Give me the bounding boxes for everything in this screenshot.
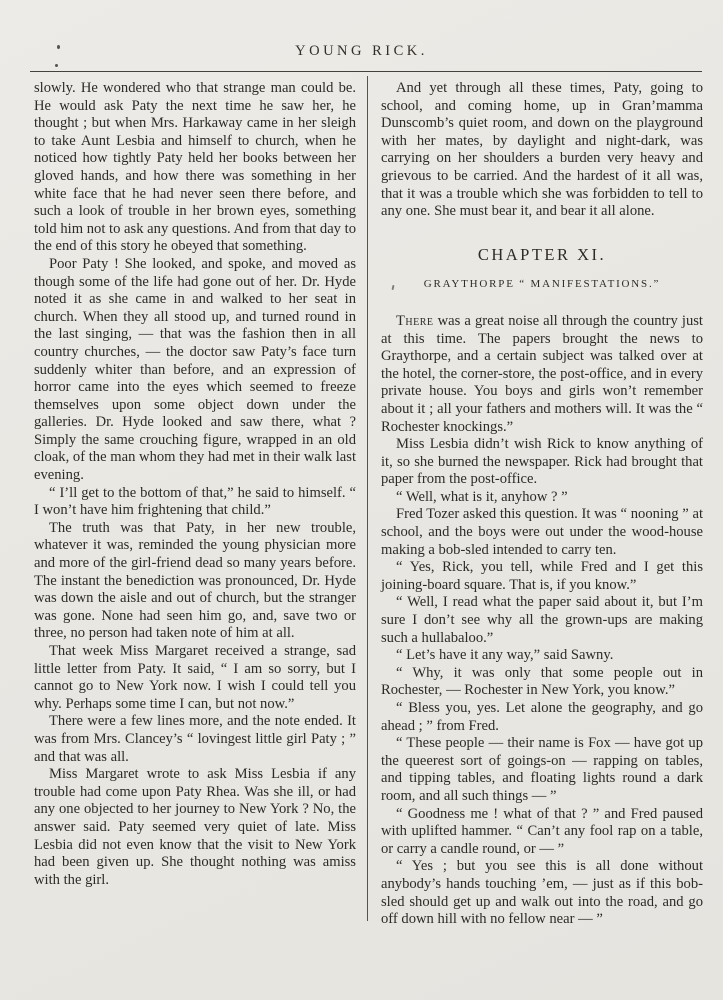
paragraph: The truth was that Paty, in her new trou…	[34, 520, 356, 643]
paragraph: Miss Margaret wrote to ask Miss Lesbia i…	[34, 766, 356, 889]
chapter-heading: CHAPTER XI.	[381, 246, 703, 264]
text-columns: slowly. He wondered who that strange man…	[0, 72, 723, 929]
paragraph: And yet through all these times, Paty, g…	[381, 80, 703, 221]
paragraph: “ These people — their name is Fox — hav…	[381, 735, 703, 805]
paragraph: “ Yes ; but you see this is all done wit…	[381, 858, 703, 928]
lead-word: There	[396, 313, 434, 329]
ink-speck	[57, 45, 60, 49]
paragraph: That week Miss Margaret received a stran…	[34, 643, 356, 713]
column-left: slowly. He wondered who that strange man…	[34, 80, 356, 929]
paragraph: slowly. He wondered who that strange man…	[34, 80, 356, 256]
paragraph: Fred Tozer asked this question. It was “…	[381, 506, 703, 559]
paragraph: “ Well, I read what the paper said about…	[381, 594, 703, 647]
paragraph chapter-opening-paragraph: There was a great noise all through the …	[381, 313, 703, 436]
running-head: YOUNG RICK.	[0, 0, 723, 60]
paragraph: There were a few lines more, and the not…	[34, 713, 356, 766]
paragraph: “ I’ll get to the bottom of that,” he sa…	[34, 485, 356, 520]
paragraph: Poor Paty ! She looked, and spoke, and m…	[34, 256, 356, 485]
paragraph: “ Why, it was only that some people out …	[381, 665, 703, 700]
paragraph: Miss Lesbia didn’t wish Rick to know any…	[381, 436, 703, 489]
paragraph: “ Yes, Rick, you tell, while Fred and I …	[381, 559, 703, 594]
book-page: YOUNG RICK. slowly. He wondered who that…	[0, 0, 723, 1000]
paragraph: “ Bless you, yes. Let alone the geograph…	[381, 700, 703, 735]
paragraph: “ Goodness me ! what of that ? ” and Fre…	[381, 806, 703, 859]
chapter-subtitle: GRAYTHORPE “ MANIFESTATIONS.”	[381, 276, 703, 294]
paragraph-text: was a great noise all through the countr…	[381, 313, 703, 435]
ink-speck	[55, 64, 58, 67]
column-right: And yet through all these times, Paty, g…	[381, 80, 703, 929]
paragraph: “ Let’s have it any way,” said Sawny.	[381, 647, 703, 665]
paragraph: “ Well, what is it, anyhow ? ”	[381, 489, 703, 507]
column-divider	[367, 76, 368, 921]
